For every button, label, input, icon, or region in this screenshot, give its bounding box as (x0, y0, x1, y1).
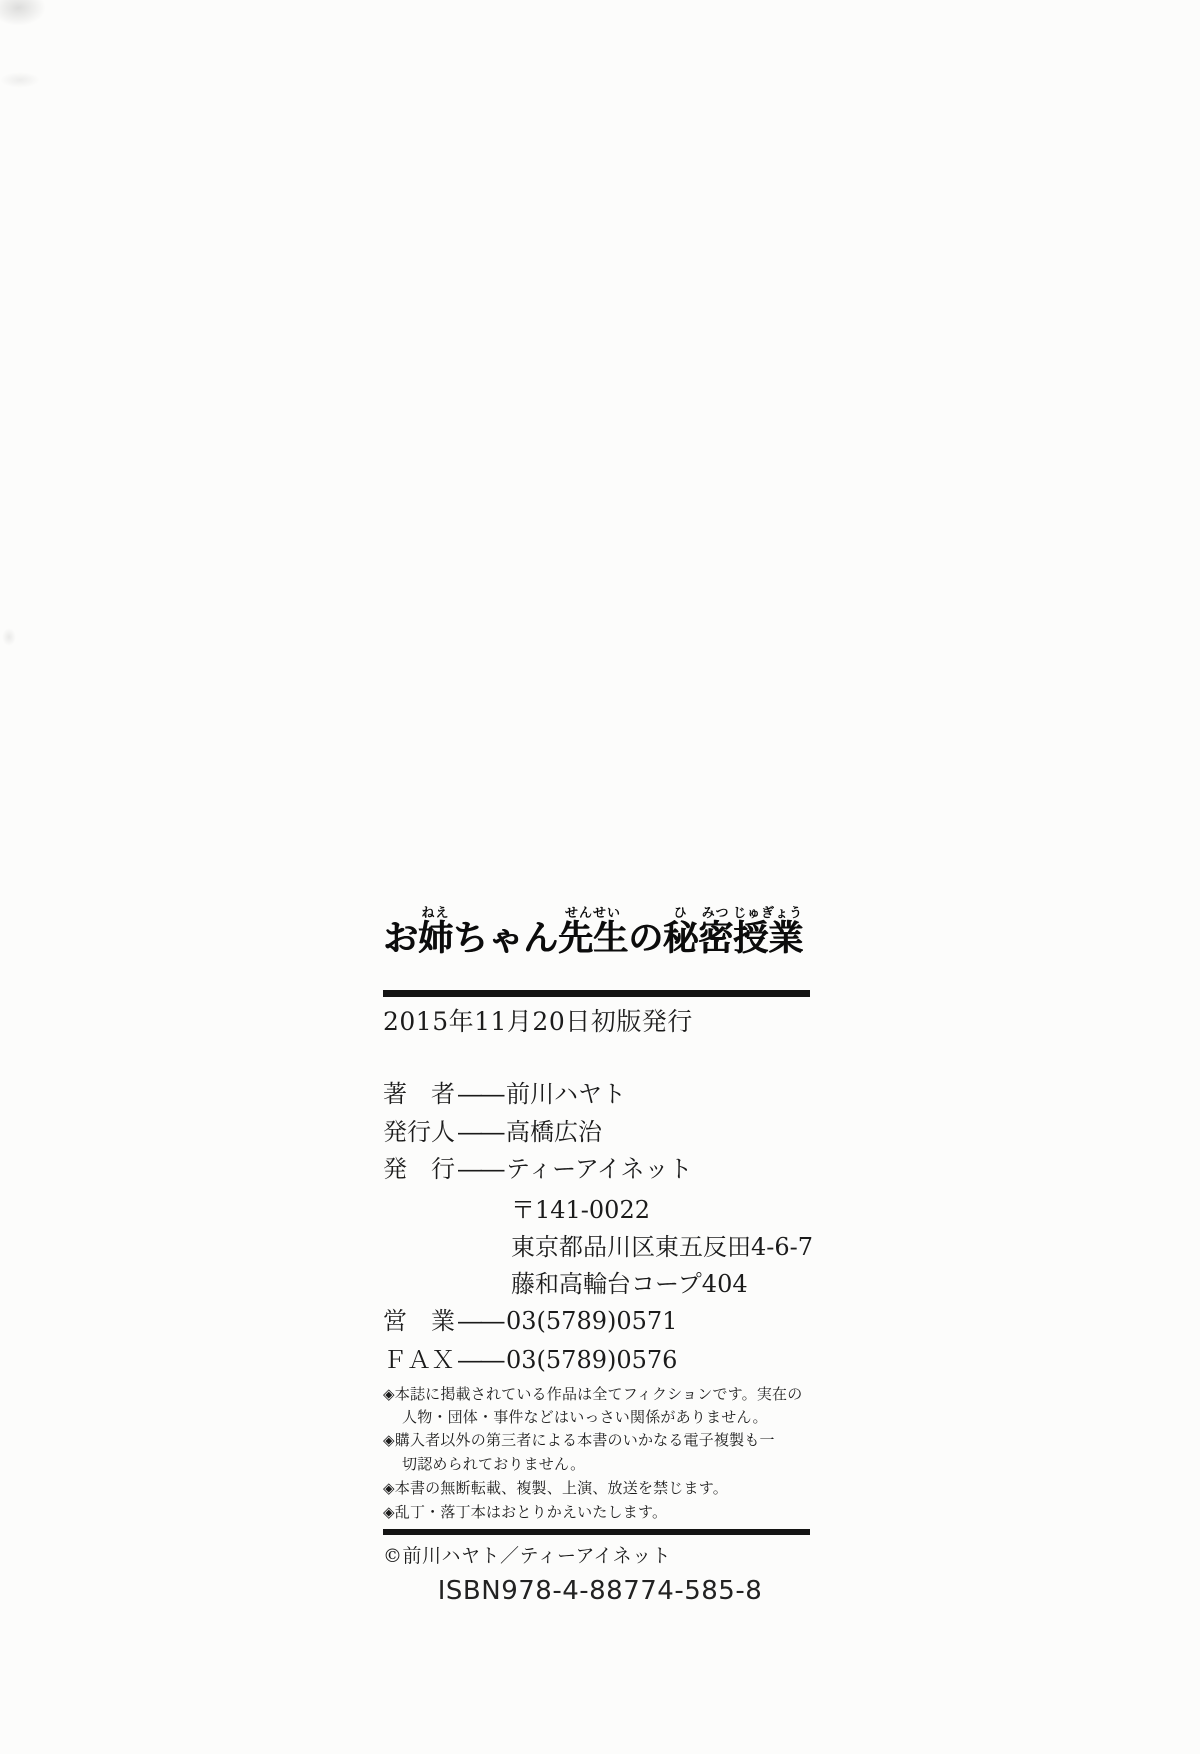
credit-value: 前川ハヤト (506, 1080, 626, 1108)
notice-text: 本誌に掲載されている作品は全てフィクションです。実在の (395, 1385, 803, 1403)
credit-row-publisher-person: 発行人――高橋広治 (383, 1112, 602, 1147)
contact-row-fax: ＦＡＸ――03(5789)0576 (383, 1340, 677, 1375)
notice-line: ◈本誌に掲載されている作品は全てフィクションです。実在の (383, 1383, 802, 1404)
notice-text: 乱丁・落丁本はおとりかえいたします。 (395, 1503, 667, 1521)
title-base: お (383, 918, 418, 959)
book-title: お姉ねえちゃん先生せんせいの秘ひ密みつ授業じゅぎょう (383, 906, 803, 961)
scan-artifact (0, 0, 46, 26)
credit-row-publisher: 発 行――ティーアイネット (383, 1149, 692, 1184)
title-segment: ちゃん (453, 918, 558, 959)
notice-line: ◈乱丁・落丁本はおとりかえいたします。 (383, 1501, 667, 1522)
notice-bullet-icon: ◈ (383, 1385, 395, 1403)
copyright-line: ©前川ハヤト／ティーアイネット (383, 1541, 671, 1568)
title-segment: の (628, 918, 663, 959)
credit-label: 発 行 (383, 1149, 457, 1184)
title-segment: 姉ねえ (418, 918, 453, 959)
credit-value: ティーアイネット (506, 1155, 692, 1183)
title-segment: 授業じゅぎょう (733, 918, 803, 959)
title-segment: 密みつ (698, 918, 733, 959)
edition-date-line: 2015年11月20日初版発行 (383, 1002, 693, 1038)
title-furigana: ねえ (418, 906, 453, 921)
credit-row-author: 著 者――前川ハヤト (383, 1074, 626, 1109)
isbn: ISBN978-4-88774-585-8 (0, 1576, 1200, 1606)
postal-code-line: 〒141-0022 (511, 1190, 650, 1225)
notice-bullet-icon: ◈ (383, 1479, 395, 1497)
scan-artifact (2, 628, 16, 646)
title-base: の (628, 918, 663, 959)
title-segment: お (383, 918, 418, 959)
credit-label: 著 者 (383, 1074, 457, 1109)
notice-text: 購入者以外の第三者による本書のいかなる電子複製も一 (395, 1431, 775, 1449)
title-furigana: みつ (698, 906, 733, 921)
notice-line: 切認められておりません。 (402, 1453, 585, 1474)
address-line: 藤和高輪台コープ404 (511, 1264, 748, 1299)
notice-line: 人物・団体・事件などはいっさい関係がありません。 (402, 1406, 768, 1427)
title-segment: 秘ひ (663, 918, 698, 959)
notice-line: ◈購入者以外の第三者による本書のいかなる電子複製も一 (383, 1429, 775, 1450)
leader-dash: ―― (458, 1155, 503, 1183)
leader-dash: ―― (458, 1307, 503, 1335)
contact-value: 03(5789)0571 (506, 1307, 677, 1335)
credit-label: 発行人 (383, 1112, 457, 1147)
notice-bullet-icon: ◈ (383, 1431, 395, 1449)
leader-dash: ―― (458, 1080, 503, 1108)
notice-text: 本書の無断転載、複製、上演、放送を禁じます。 (395, 1479, 728, 1497)
title-segment: 先生せんせい (558, 918, 628, 959)
leader-dash: ―― (458, 1346, 503, 1374)
divider-rule-top (383, 990, 810, 997)
title-base: ちゃん (453, 918, 558, 959)
title-furigana: ひ (663, 906, 698, 921)
credit-value: 高橋広治 (506, 1118, 602, 1146)
title-base: 先生 (558, 918, 628, 959)
scan-artifact (0, 72, 40, 88)
title-furigana: じゅぎょう (733, 906, 803, 921)
contact-value: 03(5789)0576 (506, 1346, 677, 1374)
contact-label: ＦＡＸ (383, 1340, 457, 1375)
notice-line: ◈本書の無断転載、複製、上演、放送を禁じます。 (383, 1477, 728, 1498)
leader-dash: ―― (458, 1118, 503, 1146)
title-base: 授業 (733, 918, 803, 959)
divider-rule-bottom (383, 1529, 810, 1535)
title-base: 姉 (418, 918, 453, 959)
address-line: 東京都品川区東五反田4-6-7 (511, 1227, 813, 1262)
notice-bullet-icon: ◈ (383, 1503, 395, 1521)
contact-label: 営 業 (383, 1301, 457, 1336)
title-furigana: せんせい (558, 906, 628, 921)
colophon-page: お姉ねえちゃん先生せんせいの秘ひ密みつ授業じゅぎょう 2015年11月20日初版… (0, 0, 1200, 1754)
title-base: 秘 (663, 918, 698, 959)
title-base: 密 (698, 918, 733, 959)
contact-row-sales: 営 業――03(5789)0571 (383, 1301, 677, 1336)
